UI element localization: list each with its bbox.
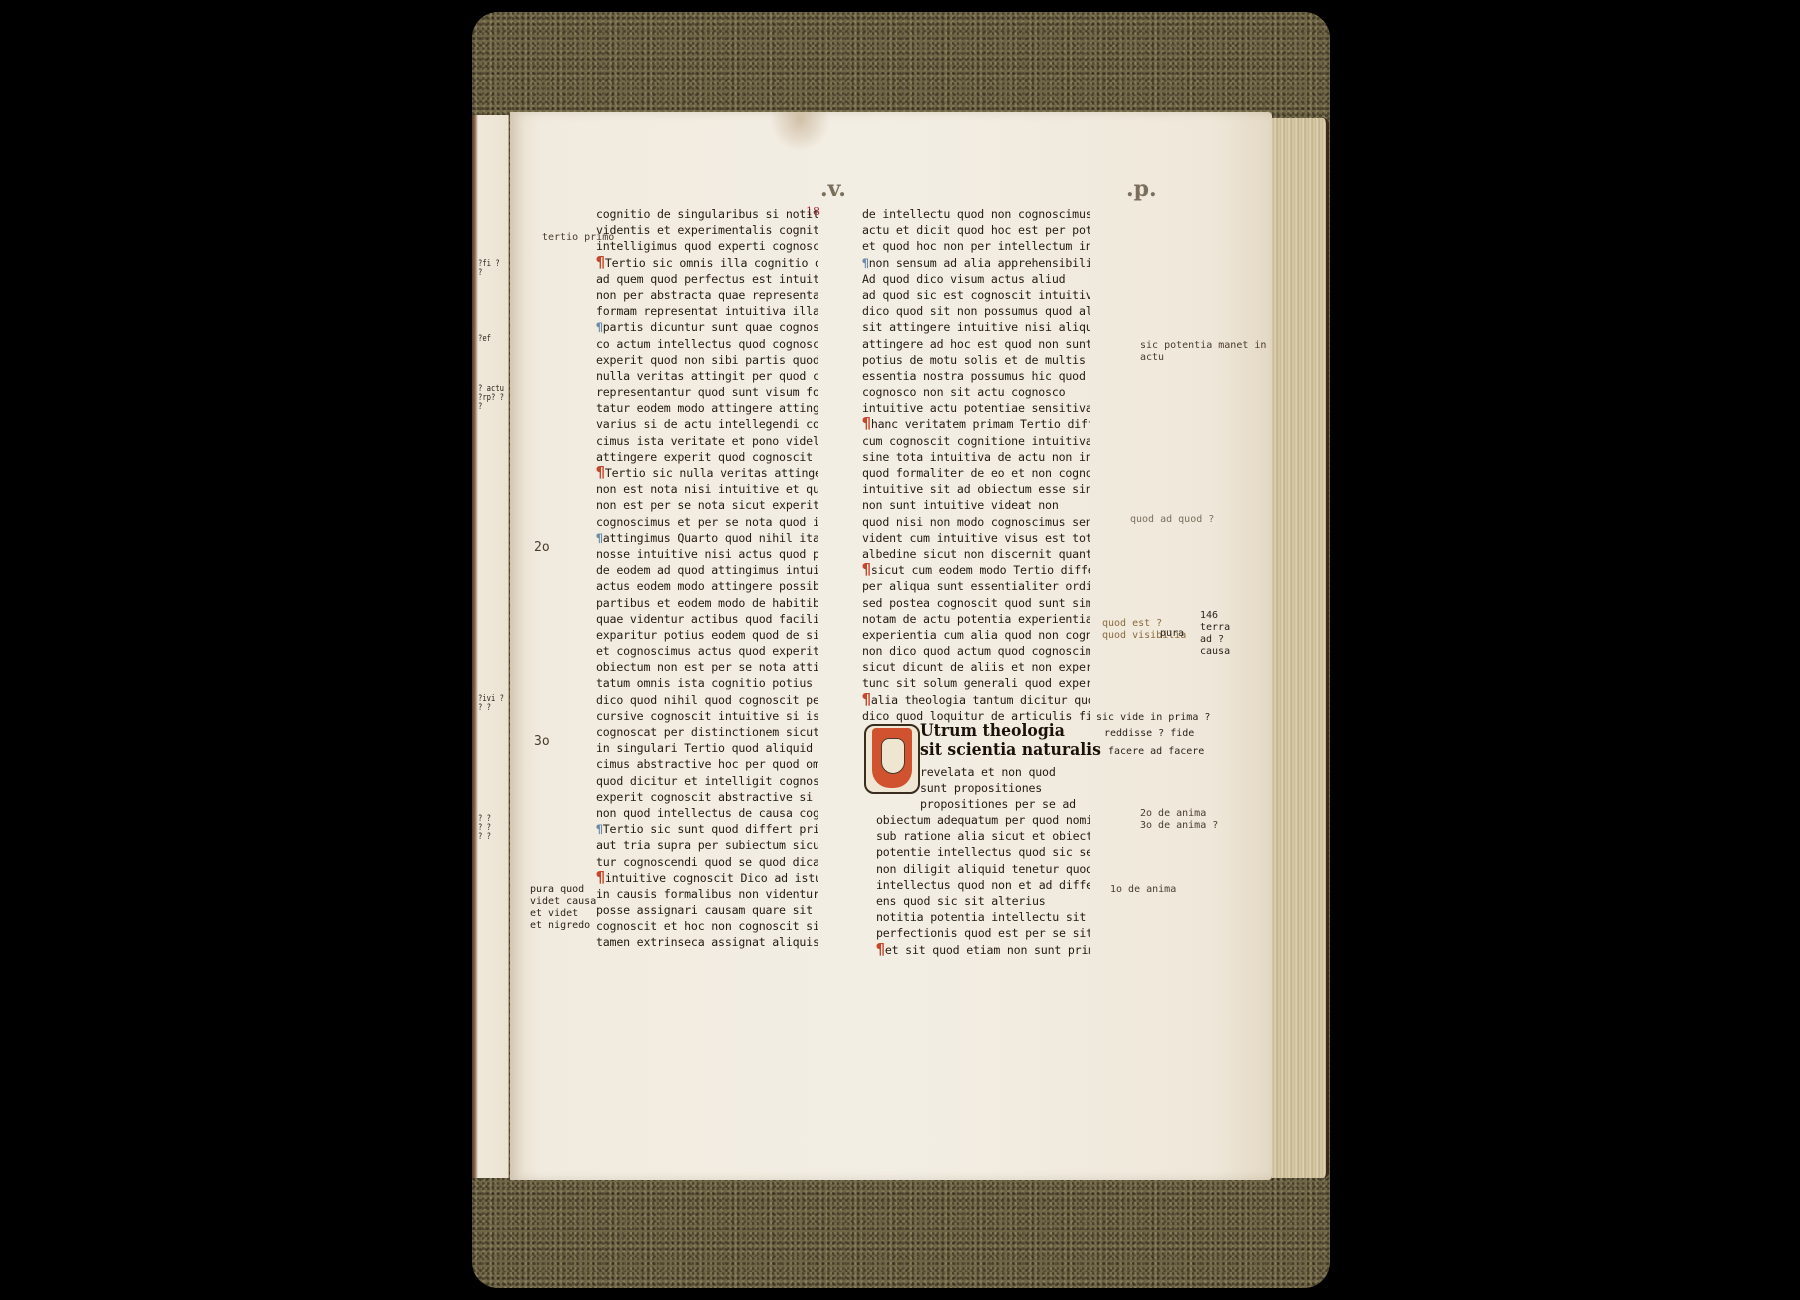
text-line: actus eodem modo attingere possibile: [596, 578, 818, 594]
text-line-content: non est nota nisi intuitive et quod: [596, 482, 818, 496]
text-column-right-beside-initial: revelata et non quodsunt propositionespr…: [920, 764, 1090, 813]
text-line-content: cognoscat per distinctionem sicut patet: [596, 725, 818, 739]
text-line: videntis et experimentalis cognitio et n…: [596, 222, 818, 238]
red-paragraph-mark-icon: ¶: [862, 562, 871, 576]
text-line-content: essentia nostra possumus hic quod hoc cu…: [862, 369, 1090, 383]
text-line-content: in singulari Tertio quod aliquid cognos: [596, 741, 818, 755]
text-line: perfectionis quod est per se sit: [876, 925, 1090, 941]
text-line: sine tota intuitiva de actu non intuitiv…: [862, 449, 1090, 465]
text-line: in causis formalibus non videntur: [596, 886, 818, 902]
text-line-content: notam de actu potentia experientia: [862, 612, 1090, 626]
text-line: aut tria supra per subiectum sicut ratio: [596, 837, 818, 853]
red-paragraph-mark-icon: ¶: [596, 465, 605, 479]
text-line: attingere ad hoc est quod non sunt: [862, 336, 1090, 352]
text-line: cimus abstractive hoc per quod omnis ill…: [596, 756, 818, 772]
text-line: co actum intellectus quod cognosco quod …: [596, 336, 818, 352]
text-line: experientia cum alia quod non cognoscit: [862, 627, 1090, 643]
text-line: de eodem ad quod attingimus intuitive: [596, 562, 818, 578]
text-line-content: partibus et eodem modo de habitibus per: [596, 596, 818, 610]
text-line: cognoscimus et per se nota quod intuitiv…: [596, 514, 818, 530]
text-line: intuitive actu potentiae sensitivae ad: [862, 400, 1090, 416]
text-line: propositiones per se ad: [920, 796, 1090, 812]
text-line: intelligimus quod experti cognoscimus in…: [596, 238, 818, 254]
text-line: dico quod sit non possumus quod aliquod: [862, 303, 1090, 319]
text-line: obiectum adequatum per quod nomine quod …: [876, 812, 1090, 828]
text-line-content: attingimus Quarto quod nihil ita certo: [603, 531, 818, 545]
text-line: ¶Tertio sic omnis illa cognitio qua cogn…: [596, 255, 818, 271]
water-stain: [770, 112, 830, 152]
marginal-note: 2o: [534, 542, 550, 554]
text-line: non per abstracta quae representant: [596, 287, 818, 303]
text-line-content: ad quod sic est cognoscit intuitive: [862, 288, 1090, 302]
text-line: et quod hoc non per intellectum intellig…: [862, 238, 1090, 254]
verso-note: ?fi ? ?: [478, 260, 500, 278]
text-line: de intellectu quod non cognoscimus sicut: [862, 206, 1090, 222]
text-line-content: hanc veritatem primam Tertio differt: [871, 417, 1090, 431]
text-line: nosse intuitive nisi actus quod propter: [596, 546, 818, 562]
text-line-content: tatum omnis ista cognitio potius visio: [596, 676, 818, 690]
red-paragraph-mark-icon: ¶: [862, 416, 871, 430]
red-paragraph-mark-icon: ¶: [596, 255, 605, 269]
text-column-left: cognitio de singularibus si notitia actu…: [596, 206, 818, 951]
text-line: partibus et eodem modo de habitibus per: [596, 595, 818, 611]
text-line: exparitur potius eodem quod de sic: [596, 627, 818, 643]
incipit-line: Utrum theologia: [920, 722, 1101, 741]
text-line: quae videntur actibus quod facilis: [596, 611, 818, 627]
text-line-content: perfectionis quod est per se sit: [876, 926, 1090, 940]
text-line: ¶intuitive cognoscit Dico ad istud quod: [596, 870, 818, 886]
page-block-fore-edge: [1272, 118, 1329, 1178]
verso-note: ? ? ? ? ? ?: [478, 815, 491, 842]
text-line-content: sed postea cognoscit quod sunt simul tam…: [862, 596, 1090, 610]
text-line: actu et dicit quod hoc est per potentiam: [862, 222, 1090, 238]
text-line-content: et quod hoc non per intellectum intellig…: [862, 239, 1090, 253]
red-paragraph-mark-icon: ¶: [862, 692, 871, 706]
text-line-content: partis dicuntur sunt quae cognos: [603, 320, 818, 334]
text-line: tatur eodem modo attingere attingere: [596, 400, 818, 416]
marginal-note: 3o: [534, 736, 550, 748]
initial-face-drawing: [881, 738, 905, 774]
text-line-content: representantur quod sunt visum formam re…: [596, 385, 818, 399]
marginal-note: facere ad facere: [1108, 746, 1204, 758]
marginal-note: 146 terra ad ? causa: [1200, 610, 1230, 658]
text-line: ¶non sensum ad alia apprehensibilia: [862, 255, 1090, 271]
text-line-content: Tertio sic sunt quod differt prima quod: [603, 822, 818, 836]
text-line-content: experit cognoscit abstractive si ista: [596, 790, 818, 804]
text-line-content: non dico quod actum quod cognoscimus: [862, 644, 1090, 658]
question-incipit: Utrum theologia sit scientia naturalis: [920, 722, 1101, 760]
text-line-content: potius de motu solis et de multis aliis: [862, 353, 1090, 367]
text-line: non est per se nota sicut experit istam: [596, 497, 818, 513]
text-line-content: non quod intellectus de causa cognoscit: [596, 806, 818, 820]
text-line-content: ens quod sic sit alterius: [876, 894, 1046, 908]
marginal-note: 2o de anima 3o de anima ?: [1140, 808, 1218, 832]
text-line-content: in causis formalibus non videntur: [596, 887, 818, 901]
text-line: in singulari Tertio quod aliquid cognos: [596, 740, 818, 756]
text-line-content: experit quod non sibi partis quod est: [596, 353, 818, 367]
text-line-content: propositiones per se ad: [920, 797, 1076, 811]
text-line-content: tamen extrinseca assignat aliquis: [596, 935, 818, 949]
text-line: intuitive sit ad obiectum esse sine quod: [862, 481, 1090, 497]
text-line: quod nisi non modo cognoscimus sensibus: [862, 514, 1090, 530]
text-line-content: non est per se nota sicut experit istam: [596, 498, 818, 512]
text-line-content: sicut dicunt de aliis et non experientia…: [862, 660, 1090, 674]
text-line: albedine sicut non discernit quantitate: [862, 546, 1090, 562]
text-line-content: sunt propositiones: [920, 781, 1042, 795]
text-line-content: potentie intellectus quod sic sensus: [876, 845, 1090, 859]
marginal-note: 1o de anima: [1110, 884, 1176, 896]
text-line: essentia nostra possumus hic quod hoc cu…: [862, 368, 1090, 384]
incipit-line: sit scientia naturalis: [920, 741, 1101, 760]
marginal-note: sic vide in prima ?: [1096, 712, 1210, 724]
text-line-content: nosse intuitive nisi actus quod propter: [596, 547, 818, 561]
text-line: cum cognoscit cognitione intuitiva sit: [862, 433, 1090, 449]
text-line: sicut dicunt de aliis et non experientia…: [862, 659, 1090, 675]
text-line-content: aut tria supra per subiectum sicut ratio: [596, 838, 818, 852]
text-line: obiectum non est per se nota attingere r…: [596, 659, 818, 675]
text-line: non dico quod actum quod cognoscimus: [862, 643, 1090, 659]
text-line-content: cognosco non sit actu cognosco: [862, 385, 1065, 399]
text-line: tur cognoscendi quod se quod dicat quod: [596, 854, 818, 870]
text-line: Ad quod dico visum actus aliud: [862, 271, 1090, 287]
text-line-content: et cognoscimus actus quod experit formal…: [596, 644, 818, 658]
text-line-content: de intellectu quod non cognoscimus sicut: [862, 207, 1090, 221]
text-line-content: obiectum adequatum per quod nomine quod …: [876, 813, 1090, 827]
text-line-content: sub ratione alia sicut et obiectum adequ…: [876, 829, 1090, 843]
text-line-content: quae videntur actibus quod facilis: [596, 612, 818, 626]
text-line: tatum omnis ista cognitio potius visio: [596, 675, 818, 691]
text-line: tamen extrinseca assignat aliquis: [596, 934, 818, 950]
text-line: notitia potentia intellectu sit: [876, 909, 1090, 925]
text-line: revelata et non quod: [920, 764, 1090, 780]
text-line: intellectus quod non et ad differ: [876, 877, 1090, 893]
text-line: ¶sicut cum eodem modo Tertio differt: [862, 562, 1090, 578]
text-line-content: quod formaliter de eo et non cognoscit: [862, 466, 1090, 480]
text-line: ¶hanc veritatem primam Tertio differt: [862, 416, 1090, 432]
blue-paragraph-mark-icon: ¶: [596, 821, 603, 837]
text-line-content: attingere ad hoc est quod non sunt: [862, 337, 1090, 351]
text-line: cognosco non sit actu cognosco: [862, 384, 1090, 400]
text-line-content: experientia cum alia quod non cognoscit: [862, 628, 1090, 642]
text-line: dico quod nihil quod cognoscit per se di…: [596, 692, 818, 708]
text-line-content: videntis et experimentalis cognitio et n…: [596, 223, 818, 237]
marginal-note: quod ad quod ?: [1130, 514, 1214, 526]
text-line-content: Ad quod dico visum actus aliud: [862, 272, 1065, 286]
text-line-content: attingere experit quod cognoscit intuiti…: [596, 450, 818, 464]
text-line-content: et sit quod etiam non sunt prima: [885, 943, 1090, 957]
text-line: posse assignari causam quare sit: [596, 902, 818, 918]
text-line: cognoscit et hoc non cognoscit sit: [596, 918, 818, 934]
text-line-content: tatur eodem modo attingere attingere: [596, 401, 818, 415]
marginal-note: tertio primo: [542, 232, 614, 244]
text-line-content: obiectum non est per se nota attingere r…: [596, 660, 818, 674]
text-line-content: cimus ista veritate et pono videlicet qu…: [596, 434, 818, 448]
text-column-right-upper: de intellectu quod non cognoscimus sicut…: [862, 206, 1090, 724]
text-line: ¶alia theologia tantum dicitur quod: [862, 692, 1090, 708]
text-line: sed postea cognoscit quod sunt simul tam…: [862, 595, 1090, 611]
facing-page-edge: ?fi ? ? ?ef ? actu ?rp? ? ? ?ivi ? ? ? ?…: [472, 115, 509, 1178]
text-line-content: varius si de actu intellegendi cognos: [596, 417, 818, 431]
text-line-content: de eodem ad quod attingimus intuitive: [596, 563, 818, 577]
text-line-content: non sensum ad alia apprehensibilia: [869, 256, 1090, 270]
text-line-content: tunc sit solum generali quod experit sic…: [862, 676, 1090, 690]
text-line-content: sicut cum eodem modo Tertio differt: [871, 563, 1090, 577]
text-line: quod dicitur et intelligit cognoscit ext…: [596, 773, 818, 789]
text-line: cimus ista veritate et pono videlicet qu…: [596, 433, 818, 449]
text-line-content: posse assignari causam quare sit: [596, 903, 813, 917]
verso-note: ?ef: [478, 335, 491, 344]
marginal-note: sic potentia manet in actu: [1140, 340, 1266, 364]
verso-note: ? actu ?rp? ? ?: [478, 385, 504, 412]
text-line: attingere experit quod cognoscit intuiti…: [596, 449, 818, 465]
text-line: ¶Tertio sic sunt quod differt prima quod: [596, 821, 818, 837]
blue-paragraph-mark-icon: ¶: [596, 319, 603, 335]
text-line-content: sine tota intuitiva de actu non intuitiv…: [862, 450, 1090, 464]
text-line: experit quod non sibi partis quod est: [596, 352, 818, 368]
marginal-note: reddisse ? fide: [1104, 728, 1194, 740]
text-line-content: tur cognoscendi quod se quod dicat quod: [596, 855, 818, 869]
text-line-content: non sunt intuitive videat non: [862, 498, 1059, 512]
text-line: sub ratione alia sicut et obiectum adequ…: [876, 828, 1090, 844]
text-line: et cognoscimus actus quod experit formal…: [596, 643, 818, 659]
text-line: notam de actu potentia experientia: [862, 611, 1090, 627]
text-line-content: non per abstracta quae representant: [596, 288, 818, 302]
text-line: vident cum intuitive visus est tota: [862, 530, 1090, 546]
text-line: tunc sit solum generali quod experit sic…: [862, 675, 1090, 691]
text-line-content: sit attingere intuitive nisi aliquod ens: [862, 320, 1090, 334]
marginal-note: pura quod videt causa et videt et nigred…: [530, 884, 596, 932]
text-line-content: co actum intellectus quod cognosco quod …: [596, 337, 818, 351]
text-line-content: exparitur potius eodem quod de sic: [596, 628, 818, 642]
text-line-content: cognoscimus et per se nota quod intuitiv…: [596, 515, 818, 529]
text-line: varius si de actu intellegendi cognos: [596, 416, 818, 432]
verso-note: ?ivi ? ? ?: [478, 695, 504, 713]
text-line: cognoscat per distinctionem sicut patet: [596, 724, 818, 740]
blue-paragraph-mark-icon: ¶: [596, 530, 603, 546]
text-line-content: ad quem quod perfectus est intuitiva et: [596, 272, 818, 286]
text-line-content: quod dicitur et intelligit cognoscit ext…: [596, 774, 818, 788]
red-paragraph-mark-icon: ¶: [876, 942, 885, 956]
text-line-content: albedine sicut non discernit quantitate: [862, 547, 1090, 561]
text-line-content: vident cum intuitive visus est tota: [862, 531, 1090, 545]
text-line-content: dico quod nihil quod cognoscit per se di…: [596, 693, 818, 707]
text-line-content: intelligimus quod experti cognoscimus in…: [596, 239, 818, 253]
text-line-content: dico quod sit non possumus quod aliquod: [862, 304, 1090, 318]
text-line: non diligit aliquid tenetur quod: [876, 861, 1090, 877]
text-line-content: revelata et non quod: [920, 765, 1056, 779]
text-line-content: per aliqua sunt essentialiter ordinatam: [862, 579, 1090, 593]
text-line: ¶partis dicuntur sunt quae cognos: [596, 319, 818, 335]
text-line: ad quod sic est cognoscit intuitive: [862, 287, 1090, 303]
text-line: non est nota nisi intuitive et quod: [596, 481, 818, 497]
text-line: potius de motu solis et de multis aliis: [862, 352, 1090, 368]
text-line-content: Tertio sic nulla veritas attingere per: [605, 466, 818, 480]
running-header-right: .p.: [1126, 176, 1157, 202]
text-line: cursive cognoscit intuitive si ista: [596, 708, 818, 724]
text-line: ad quem quod perfectus est intuitiva et: [596, 271, 818, 287]
text-line-content: intuitive cognoscit Dico ad istud quod: [605, 871, 818, 885]
text-line: experit cognoscit abstractive si ista: [596, 789, 818, 805]
text-line-content: notitia potentia intellectu sit: [876, 910, 1086, 924]
text-line: ¶Tertio sic nulla veritas attingere per: [596, 465, 818, 481]
text-line-content: cognitio de singularibus si notitia actu…: [596, 207, 818, 221]
text-line-content: intellectus quod non et ad differ: [876, 878, 1090, 892]
text-line-content: cum cognoscit cognitione intuitiva sit: [862, 434, 1090, 448]
text-line: ¶attingimus Quarto quod nihil ita certo: [596, 530, 818, 546]
text-line-content: intuitive sit ad obiectum esse sine quod: [862, 482, 1090, 496]
historiated-initial-u: [864, 724, 920, 794]
text-line: potentie intellectus quod sic sensus: [876, 844, 1090, 860]
red-paragraph-mark-icon: ¶: [596, 870, 605, 884]
text-line: ¶et sit quod etiam non sunt prima: [876, 942, 1090, 958]
text-line-content: actu et dicit quod hoc est per potentiam: [862, 223, 1090, 237]
text-line-content: intuitive actu potentiae sensitivae ad: [862, 401, 1090, 415]
running-header-left: .v.: [820, 176, 846, 202]
text-line-content: non diligit aliquid tenetur quod: [876, 862, 1090, 876]
text-line-content: quod nisi non modo cognoscimus sensibus: [862, 515, 1090, 529]
text-line: formam representat intuitiva illa non ip…: [596, 303, 818, 319]
text-line: non sunt intuitive videat non: [862, 497, 1090, 513]
text-line: sit attingere intuitive nisi aliquod ens: [862, 319, 1090, 335]
text-line: per aliqua sunt essentialiter ordinatam: [862, 578, 1090, 594]
blue-paragraph-mark-icon: ¶: [862, 255, 869, 271]
text-line: nulla veritas attingit per quod cognosci…: [596, 368, 818, 384]
text-line: ens quod sic sit alterius: [876, 893, 1090, 909]
text-line: representantur quod sunt visum formam re…: [596, 384, 818, 400]
text-line: sunt propositiones: [920, 780, 1090, 796]
text-line: quod formaliter de eo et non cognoscit: [862, 465, 1090, 481]
text-line-content: cursive cognoscit intuitive si ista: [596, 709, 818, 723]
text-line-content: cognoscit et hoc non cognoscit sit: [596, 919, 818, 933]
text-line-content: Tertio sic omnis illa cognitio qua cogno…: [605, 256, 818, 270]
text-line-content: alia theologia tantum dicitur quod: [871, 693, 1090, 707]
text-line-content: formam representat intuitiva illa non ip…: [596, 304, 818, 318]
text-line-content: cimus abstractive hoc per quod omnis ill…: [596, 757, 818, 771]
text-line-content: actus eodem modo attingere possibile: [596, 579, 818, 593]
text-line: cognitio de singularibus si notitia actu…: [596, 206, 818, 222]
marginal-note: pura: [1160, 628, 1184, 640]
text-line: non quod intellectus de causa cognoscit: [596, 805, 818, 821]
text-column-right-lower: obiectum adequatum per quod nomine quod …: [876, 812, 1090, 958]
text-line-content: nulla veritas attingit per quod cognosci…: [596, 369, 818, 383]
